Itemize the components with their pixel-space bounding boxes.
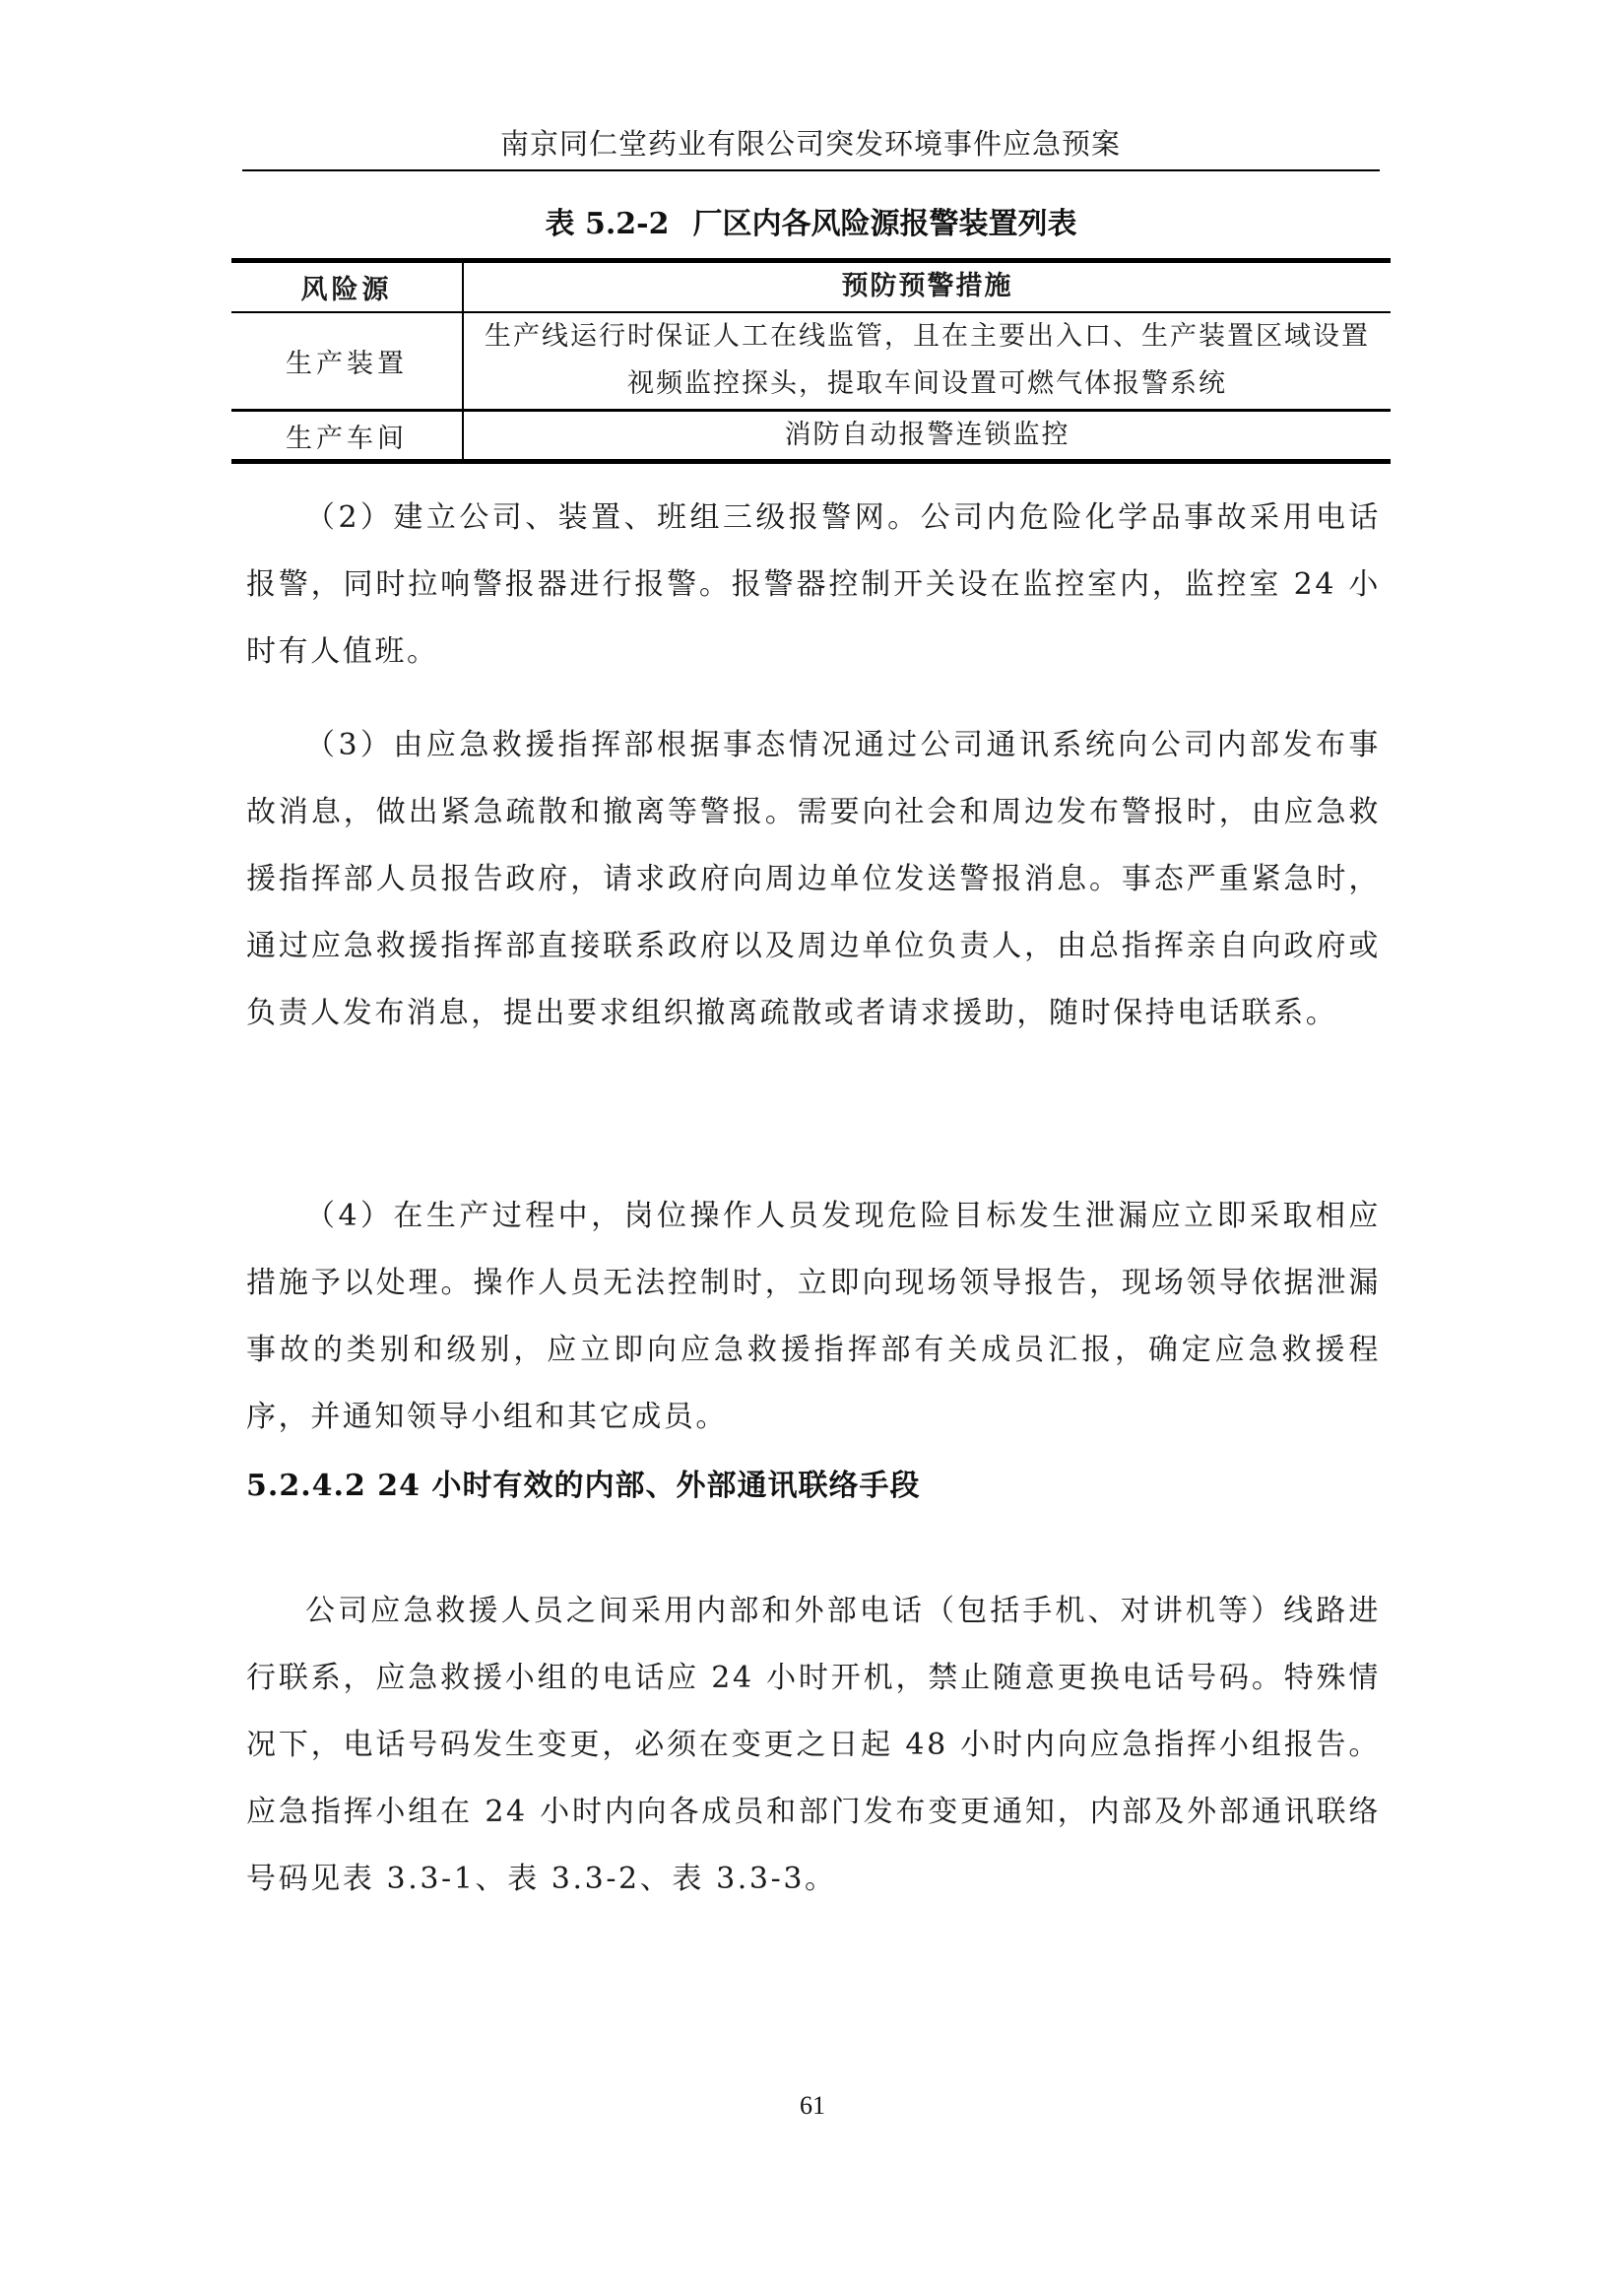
running-header: 南京同仁堂药业有限公司突发环境事件应急预案 xyxy=(242,122,1379,165)
measure-cell: 消防自动报警连锁监控 xyxy=(463,411,1391,462)
measure-line: 视频监控探头，提取车间设置可燃气体报警系统 xyxy=(464,361,1391,408)
measure-line: 消防自动报警连锁监控 xyxy=(464,412,1391,459)
column-header-measures: 预防预警措施 xyxy=(463,261,1391,312)
paragraph-text: 公司应急救援人员之间采用内部和外部电话（包括手机、对讲机等）线路进行联系，应急救… xyxy=(246,1578,1381,1913)
page-number: 61 xyxy=(689,2090,936,2122)
paragraph-text: （3）由应急救援指挥部根据事态情况通过公司通讯系统向公司内部发布事故消息，做出紧… xyxy=(246,712,1381,1047)
table-row: 生产装置 生产线运行时保证人工在线监管，且在主要出入口、生产装置区域设置 视频监… xyxy=(231,312,1391,411)
paragraph-text: （2）建立公司、装置、班组三级报警网。公司内危险化学品事故采用电话报警，同时拉响… xyxy=(246,485,1381,686)
table-row: 生产车间 消防自动报警连锁监控 xyxy=(231,411,1391,462)
measure-line: 生产线运行时保证人工在线监管，且在主要出入口、生产装置区域设置 xyxy=(464,313,1391,361)
section-number: 5.2.4.2 24 xyxy=(246,1469,421,1503)
risk-alarm-table: 风险源 预防预警措施 生产装置 生产线运行时保证人工在线监管，且在主要出入口、生… xyxy=(231,258,1391,464)
paragraph-text: （4）在生产过程中，岗位操作人员发现危险目标发生泄漏应立即采取相应措施予以处理。… xyxy=(246,1183,1381,1451)
section-heading: 5.2.4.2 24 小时有效的内部、外部通讯联络手段 xyxy=(246,1463,920,1510)
table-caption-number: 表 5.2-2 xyxy=(546,207,670,241)
measure-cell: 生产线运行时保证人工在线监管，且在主要出入口、生产装置区域设置 视频监控探头，提… xyxy=(463,312,1391,411)
column-header-risk-source: 风险源 xyxy=(231,261,463,312)
section-body: 公司应急救援人员之间采用内部和外部电话（包括手机、对讲机等）线路进行联系，应急救… xyxy=(246,1578,1381,1913)
table-caption-title: 厂区内各风险源报警装置列表 xyxy=(692,207,1076,241)
table-caption: 表 5.2-2厂区内各风险源报警装置列表 xyxy=(231,203,1391,246)
risk-source-cell: 生产车间 xyxy=(231,411,463,462)
header-rule xyxy=(242,169,1380,171)
risk-source-cell: 生产装置 xyxy=(231,312,463,411)
table-header-row: 风险源 预防预警措施 xyxy=(231,261,1391,312)
paragraph-2: （2）建立公司、装置、班组三级报警网。公司内危险化学品事故采用电话报警，同时拉响… xyxy=(246,485,1381,686)
paragraph-3: （3）由应急救援指挥部根据事态情况通过公司通讯系统向公司内部发布事故消息，做出紧… xyxy=(246,712,1381,1047)
section-title: 小时有效的内部、外部通讯联络手段 xyxy=(431,1469,920,1503)
paragraph-4: （4）在生产过程中，岗位操作人员发现危险目标发生泄漏应立即采取相应措施予以处理。… xyxy=(246,1183,1381,1451)
